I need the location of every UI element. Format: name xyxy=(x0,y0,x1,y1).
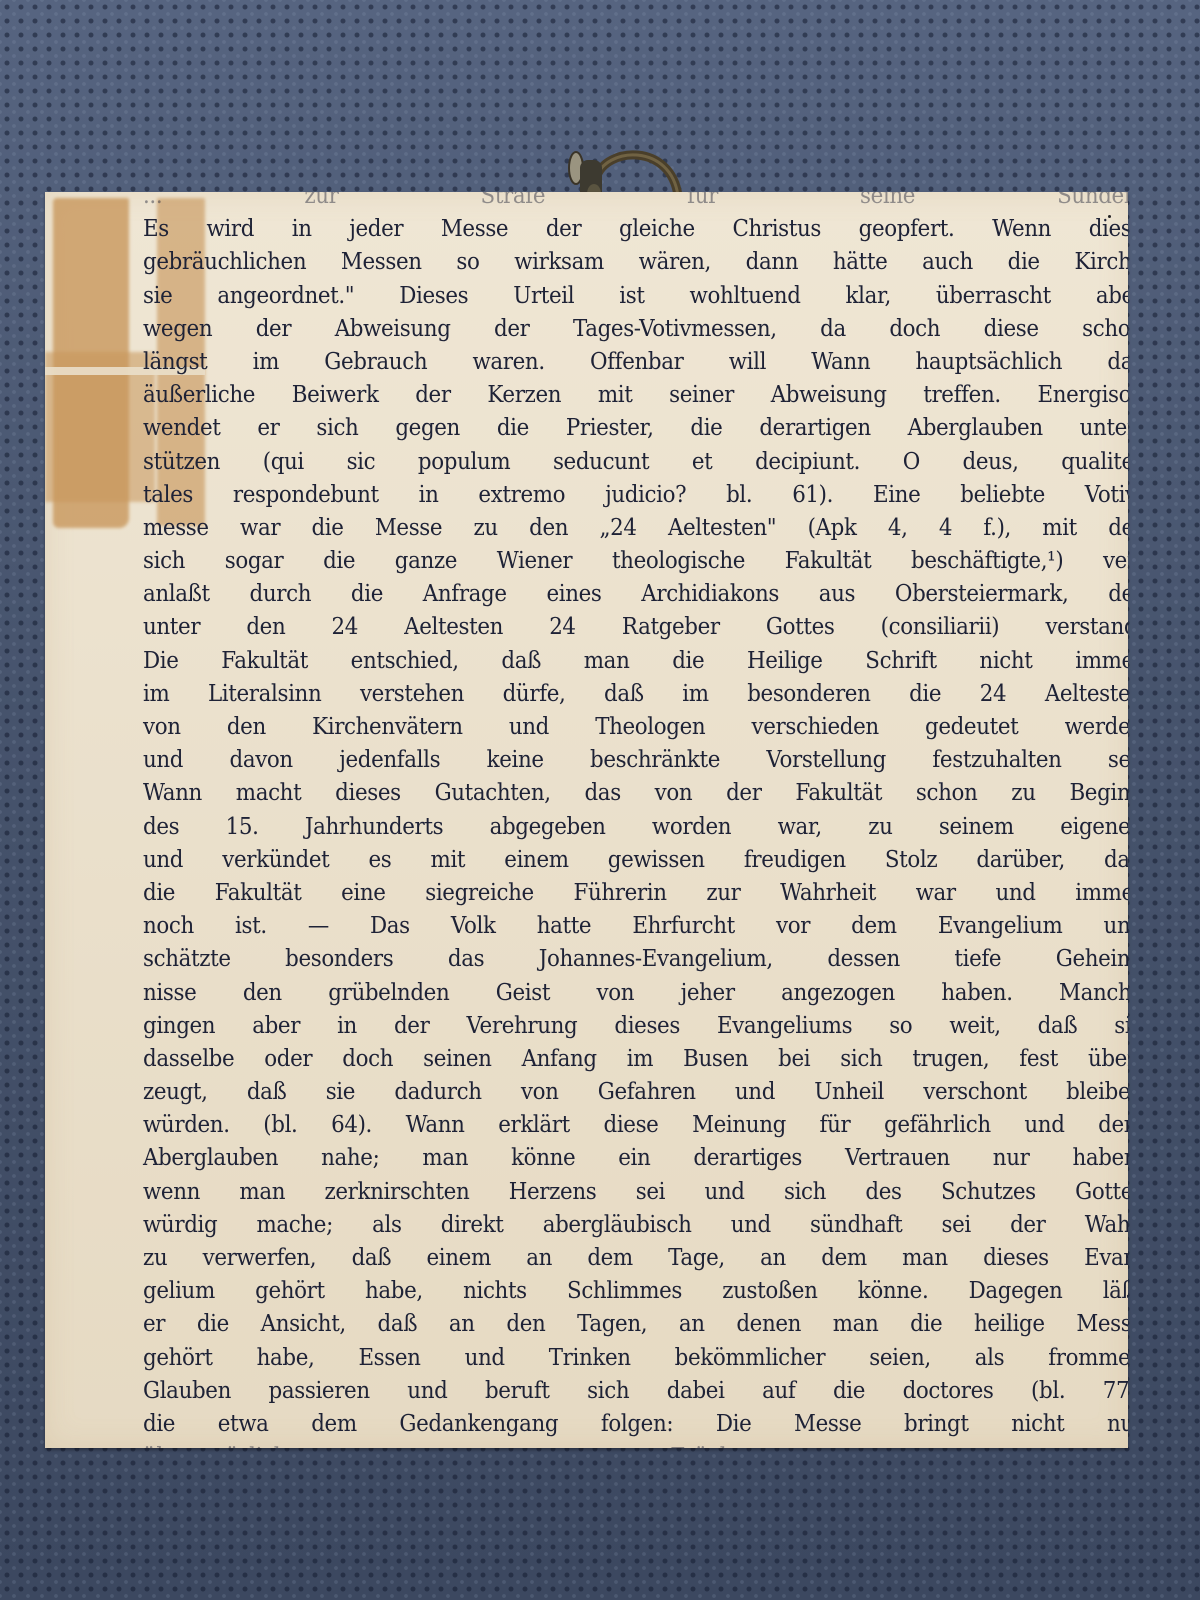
text-line: zeugt, daß sie dadurch von Gefahren und … xyxy=(143,1076,1128,1109)
text-line: Aberglauben nahe; man könne ein derartig… xyxy=(143,1142,1128,1175)
text-line: gehört habe, Essen und Trinken bekömmlic… xyxy=(143,1342,1128,1375)
text-line: gelium gehört habe, nichts Schlimmes zus… xyxy=(143,1275,1128,1308)
text-line: schätzte besonders das Johannes-Evangeli… xyxy=(143,943,1128,976)
text-line: und verkündet es mit einem gewissen freu… xyxy=(143,844,1128,877)
page-fragment: ... zur Strafe für seine Sünden. Es wird… xyxy=(45,192,1128,1448)
text-line: äußerliche Beiwerk der Kerzen mit seiner… xyxy=(143,379,1128,412)
text-line: tales respondebunt in extremo judicio? b… xyxy=(143,479,1128,512)
text-line: würden. (bl. 64). Wann erklärt diese Mei… xyxy=(143,1109,1128,1142)
text-line: wenn man zerknirschten Herzens sei und s… xyxy=(143,1176,1128,1209)
text-line: er die Ansicht, daß an den Tagen, an den… xyxy=(143,1308,1128,1341)
text-line: zu verwerfen, daß einem an dem Tage, an … xyxy=(143,1242,1128,1275)
text-line: sie angeordnet." Dieses Urteil ist wohlt… xyxy=(143,280,1128,313)
text-line: Wann macht dieses Gutachten, das von der… xyxy=(143,777,1128,810)
text-line: von den Kirchenvätern und Theologen vers… xyxy=(143,711,1128,744)
text-line: würdig mache; als direkt abergläubisch u… xyxy=(143,1209,1128,1242)
body-text: ... zur Strafe für seine Sünden. Es wird… xyxy=(143,192,1033,1448)
text-line: Es wird in jeder Messe der gleiche Chris… xyxy=(143,213,1128,246)
text-line: stützen (qui sic populum seducunt et dec… xyxy=(143,446,1128,479)
text-line: Glauben passieren und beruft sich dabei … xyxy=(143,1375,1128,1408)
text-line: anlaßt durch die Anfrage eines Archidiak… xyxy=(143,578,1128,611)
text-line: die Fakultät eine siegreiche Führerin zu… xyxy=(143,877,1128,910)
text-line: längst im Gebrauch waren. Offenbar will … xyxy=(143,346,1128,379)
text-line: dasselbe oder doch seinen Anfang im Buse… xyxy=(143,1043,1128,1076)
text-line: gingen aber in der Verehrung dieses Evan… xyxy=(143,1010,1128,1043)
text-line: im Literalsinn verstehen dürfe, daß im b… xyxy=(143,678,1128,711)
ink-speck xyxy=(1108,215,1111,218)
text-line: und davon jedenfalls keine beschränkte V… xyxy=(143,744,1128,777)
cut-top-line: ... zur Strafe für seine Sünden. xyxy=(143,192,1128,213)
text-line: nisse den grübelnden Geist von jeher ang… xyxy=(143,977,1128,1010)
text-line: sich sogar die ganze Wiener theologische… xyxy=(143,545,1128,578)
text-line: des 15. Jahrhunderts abgegeben worden wa… xyxy=(143,811,1128,844)
text-line: wendet er sich gegen die Priester, die d… xyxy=(143,412,1128,445)
cut-bottom-line: übernatürliche Früchte ... xyxy=(143,1441,1128,1448)
text-line: messe war die Messe zu den „24 Aeltesten… xyxy=(143,512,1128,545)
text-line: wegen der Abweisung der Tages-Votivmesse… xyxy=(143,313,1128,346)
text-line: noch ist. — Das Volk hatte Ehrfurcht vor… xyxy=(143,910,1128,943)
text-line: die etwa dem Gedankengang folgen: Die Me… xyxy=(143,1408,1128,1441)
text-line: gebräuchlichen Messen so wirksam wären, … xyxy=(143,246,1128,279)
text-line: unter den 24 Aeltesten 24 Ratgeber Gotte… xyxy=(143,611,1128,644)
text-line: Die Fakultät entschied, daß man die Heil… xyxy=(143,645,1128,678)
